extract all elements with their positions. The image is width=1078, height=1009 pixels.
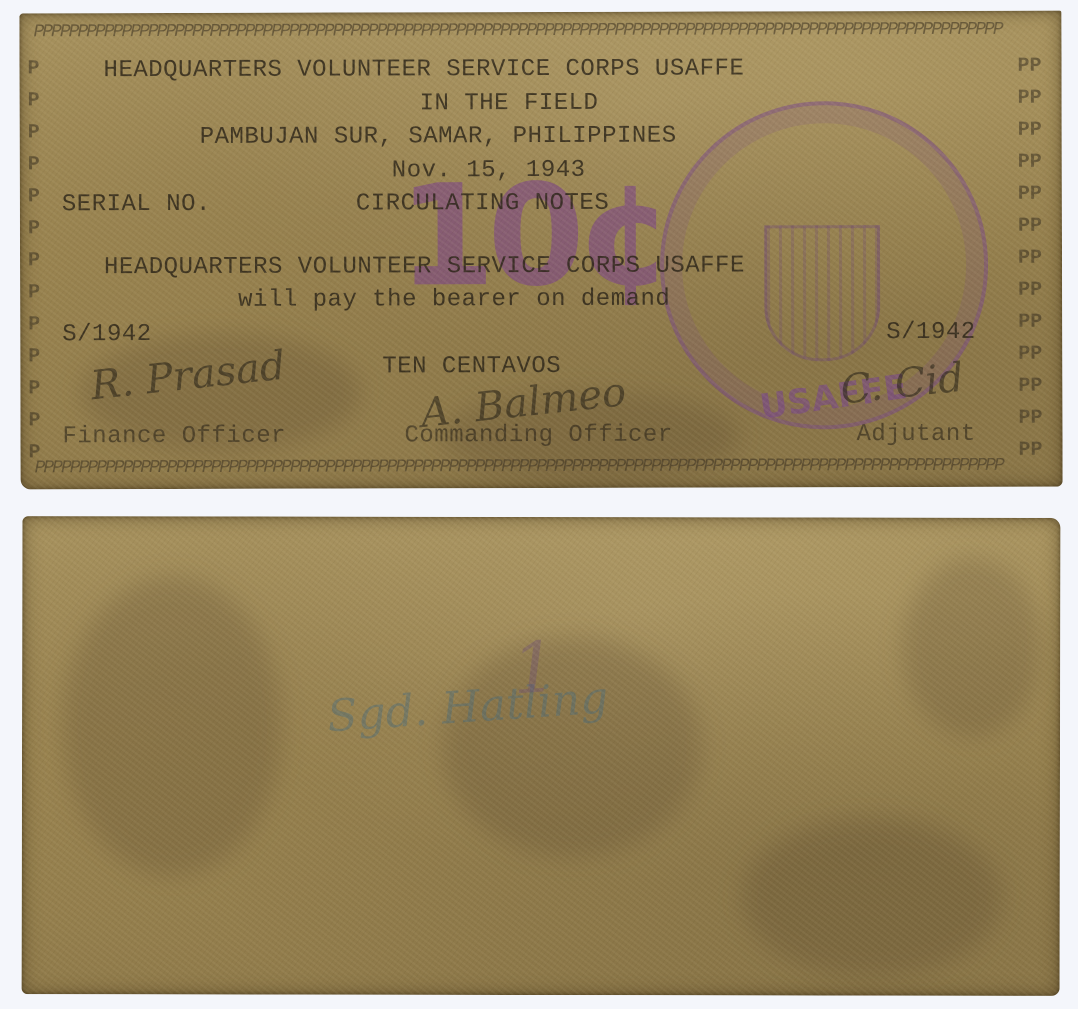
issuer-line: HEADQUARTERS VOLUNTEER SERVICE CORPS USA… <box>104 254 745 280</box>
paper-stain <box>62 576 283 876</box>
promise-line: will pay the bearer on demand <box>238 288 670 313</box>
top-border-pattern: PPPPPPPPPPPPPPPPPPPPPPPPPPPPPPPPPPPPPPPP… <box>33 21 1001 42</box>
paper-stain <box>442 637 702 857</box>
note-type-line: CIRCULATING NOTES <box>356 192 609 217</box>
right-border-pattern: PPPPPPPPPPPPPPPPPPPPPPPPPP <box>1017 51 1058 467</box>
banknote-back: Sgd. Hatling 1 <box>22 516 1061 996</box>
left-border-pattern: PPPPPPPPPPPPP <box>27 53 68 469</box>
title-adjutant: Adjutant <box>856 423 975 447</box>
subheader-line: IN THE FIELD <box>420 92 599 116</box>
title-commanding-officer: Commanding Officer <box>404 424 672 449</box>
location-line: PAMBUJAN SUR, SAMAR, PHILIPPINES <box>200 125 677 150</box>
denomination-text: TEN CENTAVOS <box>382 355 561 379</box>
title-finance-officer: Finance Officer <box>62 425 286 450</box>
banknote-front: PPPPPPPPPPPPPPPPPPPPPPPPPPPPPPPPPPPPPPPP… <box>19 11 1062 490</box>
paper-stain <box>742 817 1002 977</box>
bottom-border-pattern: PPPPPPPPPPPPPPPPPPPPPPPPPPPPPPPPPPPPPPPP… <box>35 457 1003 478</box>
faint-bleedthrough-mark: 1 <box>509 626 559 711</box>
series-right: S/1942 <box>886 321 975 345</box>
paper-stain <box>902 558 1042 738</box>
header-line: HEADQUARTERS VOLUNTEER SERVICE CORPS USA… <box>103 57 744 83</box>
series-left: S/1942 <box>62 323 151 347</box>
shield-icon <box>764 225 880 361</box>
date-line: Nov. 15, 1943 <box>392 159 586 184</box>
serial-label: SERIAL NO. <box>62 193 211 217</box>
